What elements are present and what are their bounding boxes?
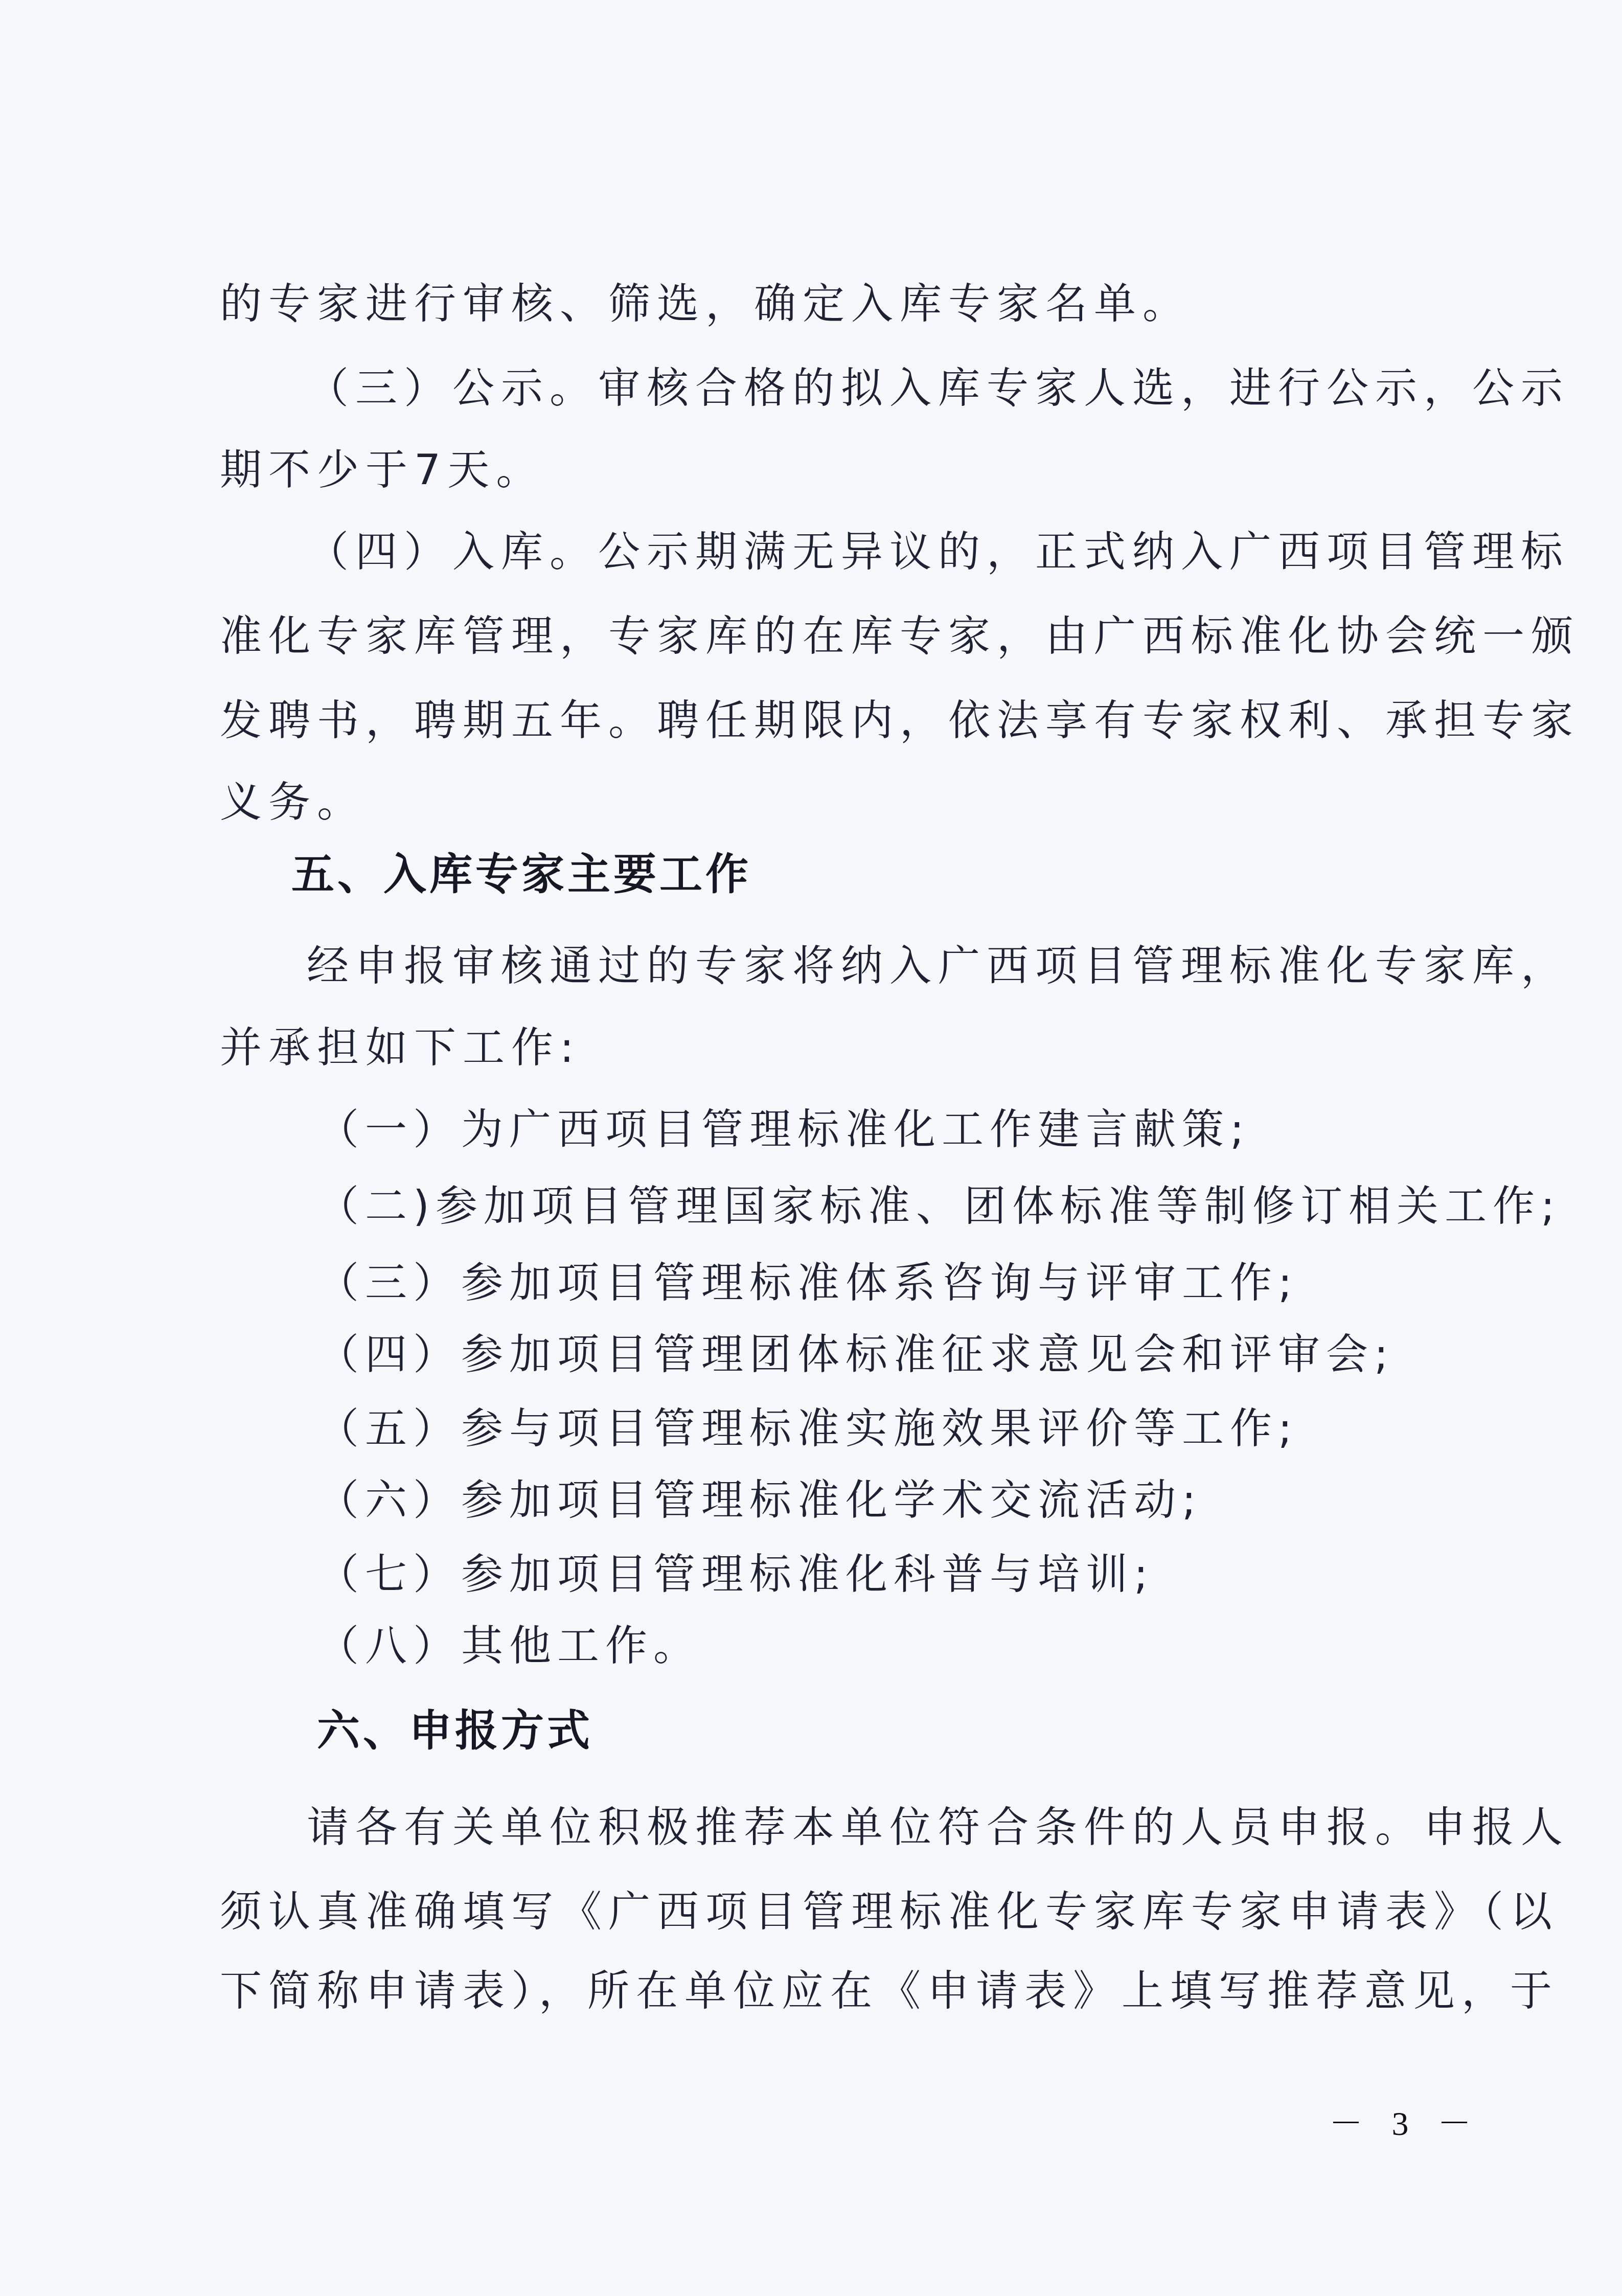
list-item: （八）其他工作。 bbox=[317, 1621, 701, 1672]
list-item: （二)参加项目管理国家标准、团体标准等制修订相关工作; bbox=[317, 1181, 1561, 1232]
paragraph-line: 下简称申请表），所在单位应在《申请表》上填写推荐意见，于 bbox=[220, 1966, 1416, 2017]
paragraph-line: （三）公示。审核合格的拟入库专家人选，进行公示，公示 bbox=[307, 363, 1416, 414]
list-item: （一）为广西项目管理标准化工作建言献策; bbox=[317, 1104, 1250, 1155]
paragraph-line: 经申报审核通过的专家将纳入广西项目管理标准化专家库， bbox=[307, 941, 1416, 992]
list-item: （七）参加项目管理标准化科普与培训; bbox=[317, 1549, 1154, 1600]
section-heading-6: 六、申报方式 bbox=[317, 1705, 593, 1756]
list-item: （六）参加项目管理标准化学术交流活动; bbox=[317, 1475, 1202, 1526]
list-item: （四）参加项目管理团体标准征求意见会和评审会; bbox=[317, 1329, 1395, 1380]
paragraph-line: 准化专家库管理，专家库的在库专家，由广西标准化协会统一颁 bbox=[220, 611, 1416, 662]
paragraph-line: 并承担如下工作: bbox=[220, 1022, 1416, 1074]
paragraph-line: 发聘书，聘期五年。聘任期限内，依法享有专家权利、承担专家 bbox=[220, 695, 1416, 746]
paragraph-line: 须认真准确填写《广西项目管理标准化专家库专家申请表》（以 bbox=[220, 1886, 1416, 1938]
paragraph-line: 的专家进行审核、筛选，确定入库专家名单。 bbox=[220, 279, 1416, 330]
section-heading-5: 五、入库专家主要工作 bbox=[291, 849, 751, 900]
page-number: － 3 － bbox=[1329, 2104, 1481, 2145]
document-page: 的专家进行审核、筛选，确定入库专家名单。 （三）公示。审核合格的拟入库专家人选，… bbox=[0, 0, 1622, 2296]
list-item: （三）参加项目管理标准体系咨询与评审工作; bbox=[317, 1258, 1298, 1309]
paragraph-line: （四）入库。公示期满无异议的，正式纳入广西项目管理标 bbox=[307, 527, 1416, 578]
paragraph-line: 请各有关单位积极推荐本单位符合条件的人员申报。申报人 bbox=[307, 1802, 1416, 1853]
paragraph-line: 期不少于7天。 bbox=[220, 445, 1416, 496]
paragraph-line: 义务。 bbox=[220, 777, 1416, 828]
list-item: （五）参与项目管理标准实施效果评价等工作; bbox=[317, 1403, 1298, 1454]
